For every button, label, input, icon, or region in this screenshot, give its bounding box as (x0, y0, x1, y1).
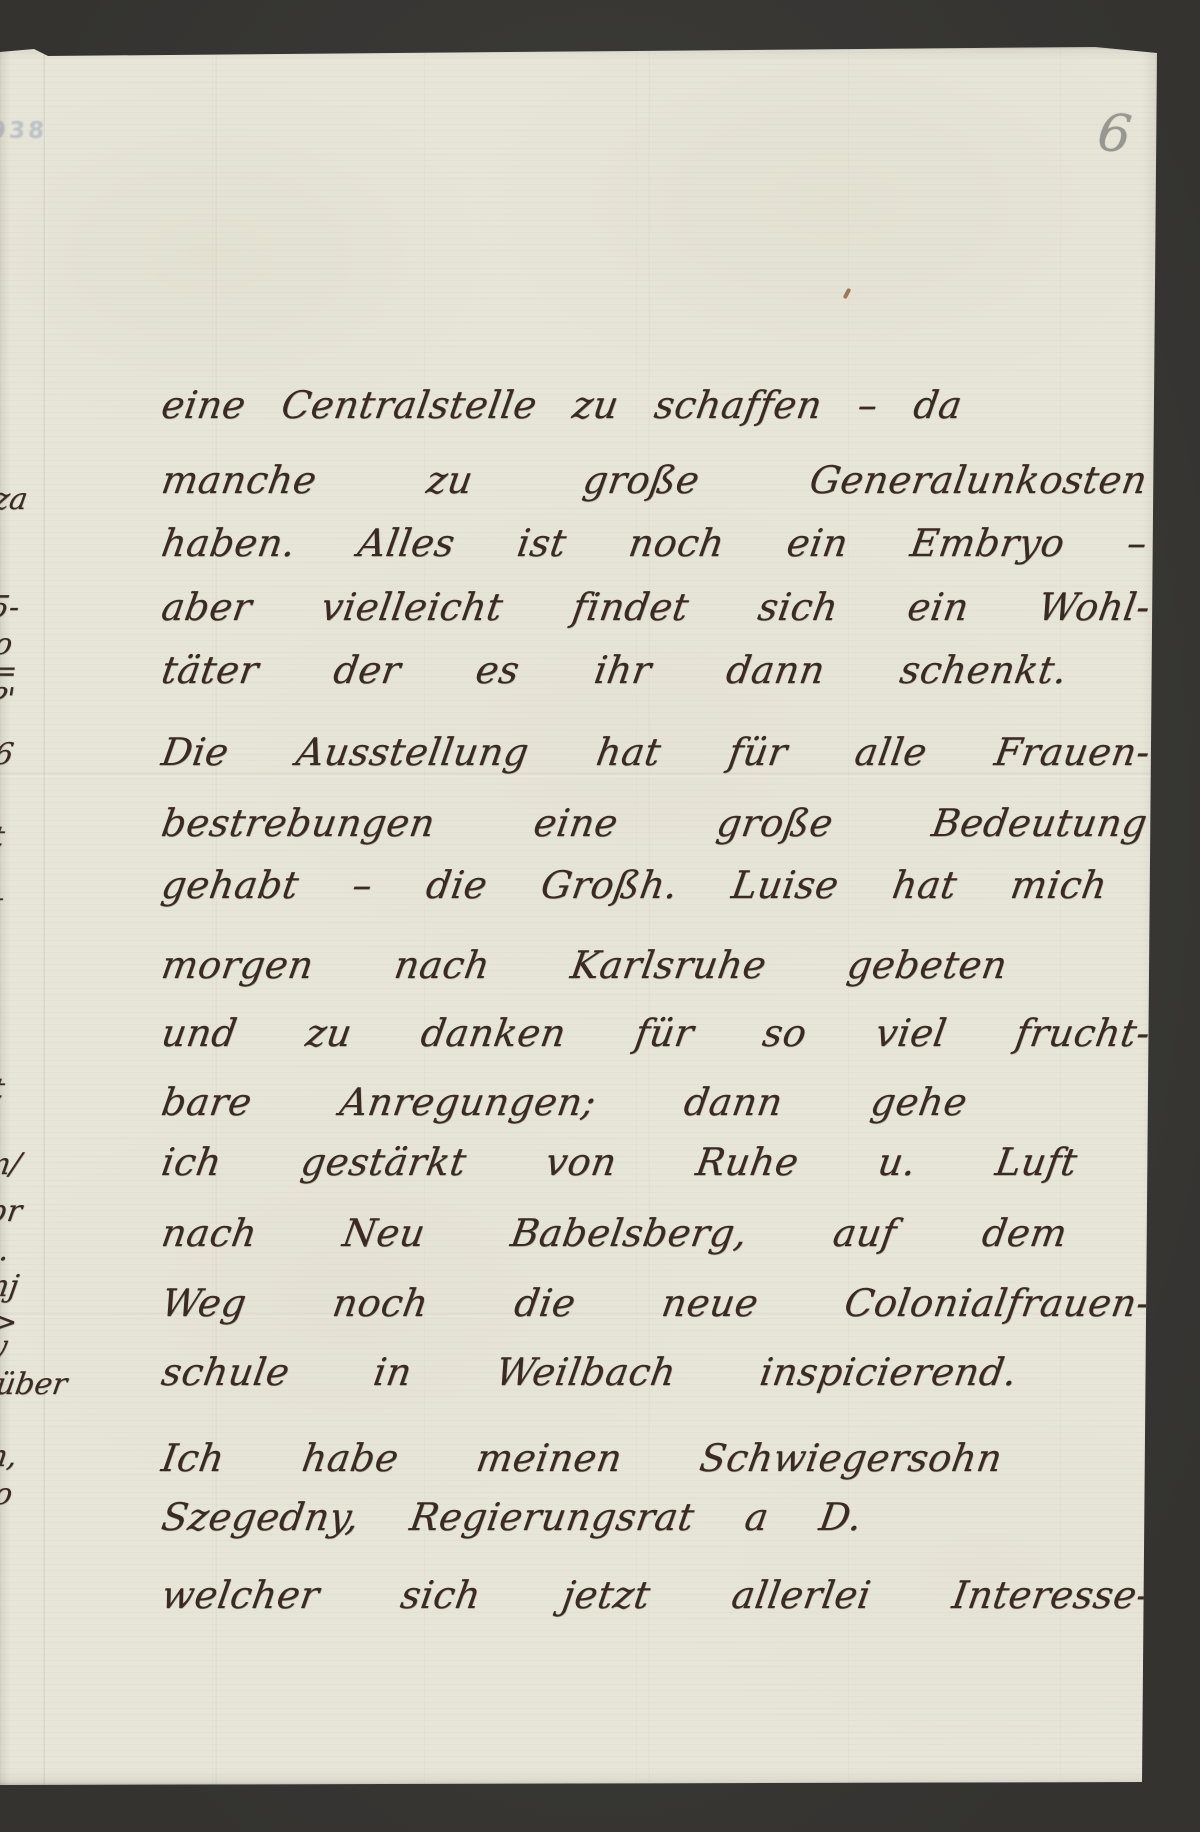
margin-stroke-fragment: 6 (0, 737, 16, 773)
archival-stamp: 938 (0, 118, 48, 144)
margin-stroke-fragment: t (0, 820, 7, 856)
margin-stroke-fragment: —über (0, 1367, 69, 1403)
handwriting-line: ich gestärkt von Ruhe u. Luft (158, 1137, 1081, 1187)
margin-stroke-fragment: br (0, 1194, 24, 1230)
handwriting-line: welcher sich jetzt allerlei Interesse- (158, 1570, 1154, 1620)
handwriting-line: schule in Weilbach inspicierend. (158, 1347, 1021, 1397)
margin-stroke-fragment: t (0, 1072, 7, 1108)
handwriting-line: Szegedny, Regierungsrat a D. (158, 1492, 866, 1542)
margin-stroke-fragment: y (0, 1329, 10, 1365)
handwriting-line: täter der es ihr dann schenkt. (158, 645, 1071, 695)
margin-stroke-fragment: n, (0, 1439, 20, 1475)
margin-stroke-fragment: inj (0, 1269, 21, 1305)
margin-stroke-fragment: 5- (0, 590, 22, 626)
page-number: 6 (1094, 102, 1134, 166)
scan-mount: { "page": { "page_number": "6", "archiva… (0, 0, 1200, 1832)
fold-crease-vertical (43, 46, 47, 1786)
handwriting-line: aber vielleicht findet sich ein Wohl- (158, 582, 1154, 632)
letter-page: 938 6 eine Centralstelle zu schaffen – d… (0, 46, 1160, 1786)
handwriting-line: Ich habe meinen Schwiegersohn (158, 1433, 1006, 1483)
handwriting-line: eine Centralstelle zu schaffen – da (158, 380, 966, 430)
margin-stroke-fragment: t (0, 887, 5, 923)
handwriting-line: bare Anregungen; dann gehe (158, 1077, 971, 1127)
handwriting-line: Weg noch die neue Colonialfrauen- (158, 1278, 1154, 1328)
handwriting-line: morgen nach Karlsruhe gebeten (158, 940, 1011, 990)
handwriting-line: nach Neu Babelsberg, auf dem (158, 1208, 1071, 1258)
handwriting-line: haben. Alles ist noch ein Embryo – (158, 518, 1151, 568)
margin-stroke-fragment: o (0, 1477, 15, 1513)
handwriting-line: manche zu große Generalunkosten (158, 455, 1151, 505)
ink-speck (843, 288, 852, 300)
margin-stroke-fragment: lza (0, 482, 30, 518)
handwriting-line: Die Ausstellung hat für alle Frauen- (158, 727, 1154, 777)
handwriting-line: bestrebungen eine große Bedeutung (158, 798, 1151, 848)
margin-stroke-fragment: ?' (0, 682, 17, 718)
handwriting-line: gehabt – die Großh. Luise hat mich (158, 860, 1111, 910)
margin-stroke-fragment: m/ (0, 1147, 23, 1183)
handwriting-line: und zu danken für so viel frucht- (158, 1008, 1154, 1058)
